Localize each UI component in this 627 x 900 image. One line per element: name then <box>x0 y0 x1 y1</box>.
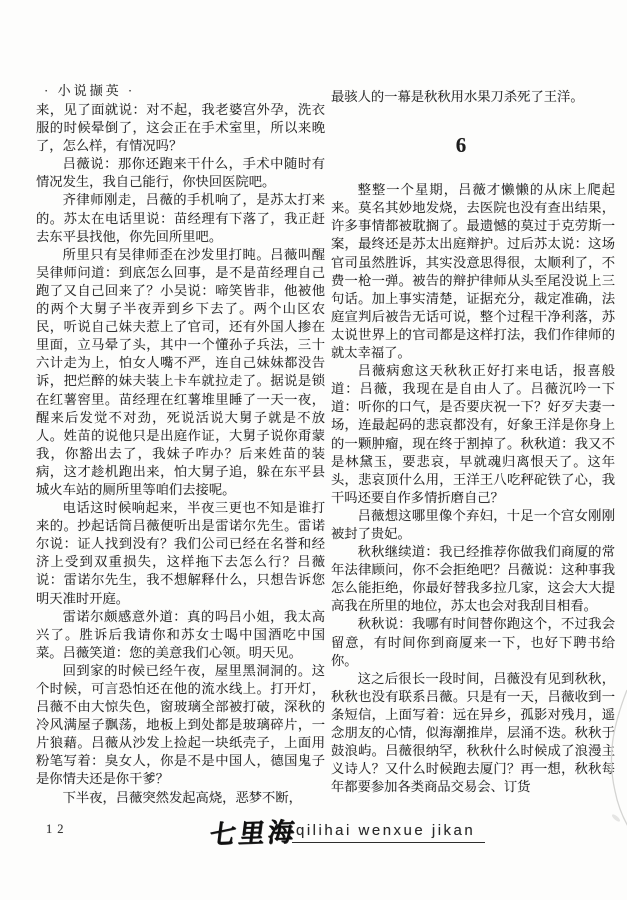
journal-name: qilihai wenxue jikan <box>292 822 485 843</box>
paragraph: 整整一个星期，吕薇才懒懒的从床上爬起来。莫名其妙地发烧，去医院也没有查出结果，许… <box>331 181 615 362</box>
paragraph: 回到家的时候已经午夜，屋里黑洞洞的。这个时候，可言恐怕还在他的流水线上。打开灯，… <box>36 662 325 789</box>
paragraph: 秋秋继续道：我已经推荐你做我们商厦的常年法律顾问，你不会拒绝吧？吕薇说：这种事我… <box>331 543 615 615</box>
paragraph: 这之后很长一段时间，吕薇没有见到秋秋，秋秋也没有联系吕薇。只是有一天，吕薇收到一… <box>331 670 615 797</box>
paragraph: 所里只有吴律师歪在沙发里打盹。吕薇叫醒吴律师问道：到底怎么回事，是不是苗经理自己… <box>36 246 325 499</box>
paragraph: 吕薇想这哪里像个弃妇，十足一个宫女刚刚被封了贵妃。 <box>331 507 615 543</box>
paragraph: 雷诺尔颇感意外道：真的吗吕小姐，我太高兴了。胜诉后我请你和苏女士喝中国酒吃中国菜… <box>36 608 325 662</box>
chapter-number: 6 <box>331 136 615 154</box>
page-number: 12 <box>46 822 69 837</box>
journal-logo: 七里海 <box>208 811 300 851</box>
paragraph: 最骇人的一幕是秋秋用水果刀杀死了王洋。 <box>331 88 615 106</box>
running-head: · 小说撷英 · <box>44 80 135 99</box>
scan-smudge-artifact <box>611 813 621 822</box>
paragraph: 来，见了面就说：对不起，我老婆宫外孕，洗衣服的时候晕倒了，这会正在手术室里，所以… <box>36 101 325 155</box>
paragraph: 吕薇说：那你还跑来干什么，手术中随时有情况发生，我自己能行，你快回医院吧。 <box>36 155 325 191</box>
paragraph: 秋秋说：我哪有时间替你跑这个，不过我会留意，有时间你到商厦来一下，也好下聘书给你… <box>331 615 615 669</box>
text-column-right: 最骇人的一幕是秋秋用水果刀杀死了王洋。 6 整整一个星期，吕薇才懒懒的从床上爬起… <box>331 88 615 796</box>
paragraph: 齐律师刚走，吕薇的手机响了，是苏太打来的。苏太在电话里说：苗经理有下落了，我正赶… <box>36 191 325 245</box>
paragraph: 吕薇病愈这天秋秋正好打来电话，报喜般道：吕薇，我现在是自由人了。吕薇沉吟一下道：… <box>331 362 615 507</box>
paragraph: 电话这时候响起来，半夜三更也不知是谁打来的。抄起话筒吕薇便听出是雷诺尔先生。雷诺… <box>36 499 325 608</box>
paragraph: 下半夜，吕薇突然发起高烧，恶梦不断， <box>36 789 325 807</box>
text-column-left: 来，见了面就说：对不起，我老婆宫外孕，洗衣服的时候晕倒了，这会正在手术室里，所以… <box>36 101 325 807</box>
magazine-page: · 小说撷英 · 来，见了面就说：对不起，我老婆宫外孕，洗衣服的时候晕倒了，这会… <box>0 0 627 900</box>
